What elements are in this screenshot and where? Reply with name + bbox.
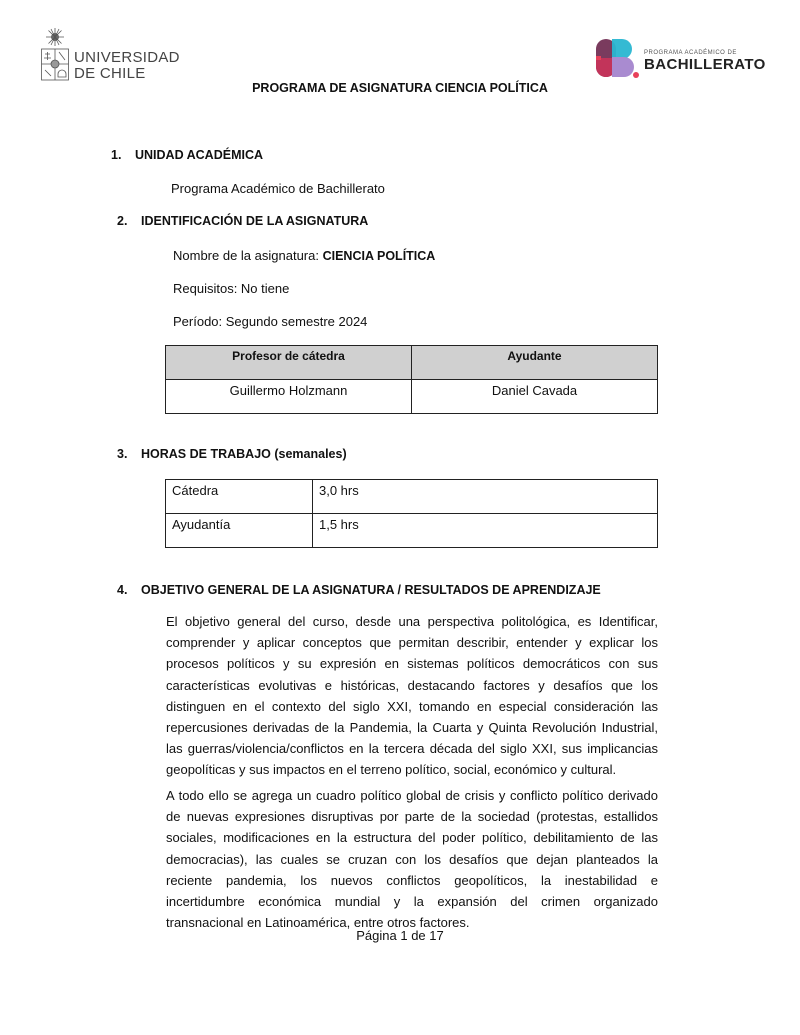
assistant-name: Daniel Cavada bbox=[412, 380, 658, 414]
course-name-field: Nombre de la asignatura: CIENCIA POLÍTIC… bbox=[173, 248, 435, 263]
section-1-heading: UNIDAD ACADÉMICA bbox=[135, 148, 263, 162]
section-4-number: 4. bbox=[117, 583, 127, 597]
page-number: Página 1 de 17 bbox=[0, 928, 800, 943]
section-1-number: 1. bbox=[111, 148, 121, 162]
university-name-line1: UNIVERSIDAD bbox=[74, 50, 180, 66]
program-logo-title: BACHILLERATO bbox=[644, 56, 766, 73]
table-row: Ayudantía 1,5 hrs bbox=[166, 514, 658, 548]
objective-paragraph-2: A todo ello se agrega un cuadro político… bbox=[166, 785, 658, 933]
academic-unit-value: Programa Académico de Bachillerato bbox=[171, 181, 385, 196]
document-title: PROGRAMA DE ASIGNATURA CIENCIA POLÍTICA bbox=[0, 81, 800, 95]
section-3-number: 3. bbox=[117, 447, 127, 461]
requirements-field: Requisitos: No tiene bbox=[173, 281, 289, 296]
hours-value: 1,5 hrs bbox=[313, 514, 658, 548]
hours-table: Cátedra 3,0 hrs Ayudantía 1,5 hrs bbox=[165, 479, 658, 548]
section-3-heading: HORAS DE TRABAJO (semanales) bbox=[141, 447, 347, 461]
section-2-heading: IDENTIFICACIÓN DE LA ASIGNATURA bbox=[141, 214, 368, 228]
course-name-value: CIENCIA POLÍTICA bbox=[323, 249, 436, 263]
university-name-line2: DE CHILE bbox=[74, 66, 180, 82]
university-crest-icon bbox=[40, 28, 70, 82]
table-row: Guillermo Holzmann Daniel Cavada bbox=[166, 380, 658, 414]
header-professor: Profesor de cátedra bbox=[166, 346, 412, 380]
staff-table-header: Profesor de cátedra Ayudante bbox=[166, 346, 658, 380]
bachillerato-b-logo-icon bbox=[594, 38, 640, 80]
universidad-de-chile-logo: UNIVERSIDAD DE CHILE bbox=[40, 28, 180, 84]
section-2-number: 2. bbox=[117, 214, 127, 228]
table-row: Cátedra 3,0 hrs bbox=[166, 480, 658, 514]
course-name-label: Nombre de la asignatura: bbox=[173, 248, 323, 263]
objective-paragraph-1: El objetivo general del curso, desde una… bbox=[166, 611, 658, 781]
bachillerato-logo: PROGRAMA ACADÉMICO DE BACHILLERATO bbox=[594, 38, 764, 82]
staff-table: Profesor de cátedra Ayudante Guillermo H… bbox=[165, 345, 658, 414]
professor-name: Guillermo Holzmann bbox=[166, 380, 412, 414]
hours-type: Cátedra bbox=[166, 480, 313, 514]
hours-type: Ayudantía bbox=[166, 514, 313, 548]
hours-value: 3,0 hrs bbox=[313, 480, 658, 514]
header-assistant: Ayudante bbox=[412, 346, 658, 380]
period-field: Período: Segundo semestre 2024 bbox=[173, 314, 367, 329]
section-4-heading: OBJETIVO GENERAL DE LA ASIGNATURA / RESU… bbox=[141, 583, 601, 597]
